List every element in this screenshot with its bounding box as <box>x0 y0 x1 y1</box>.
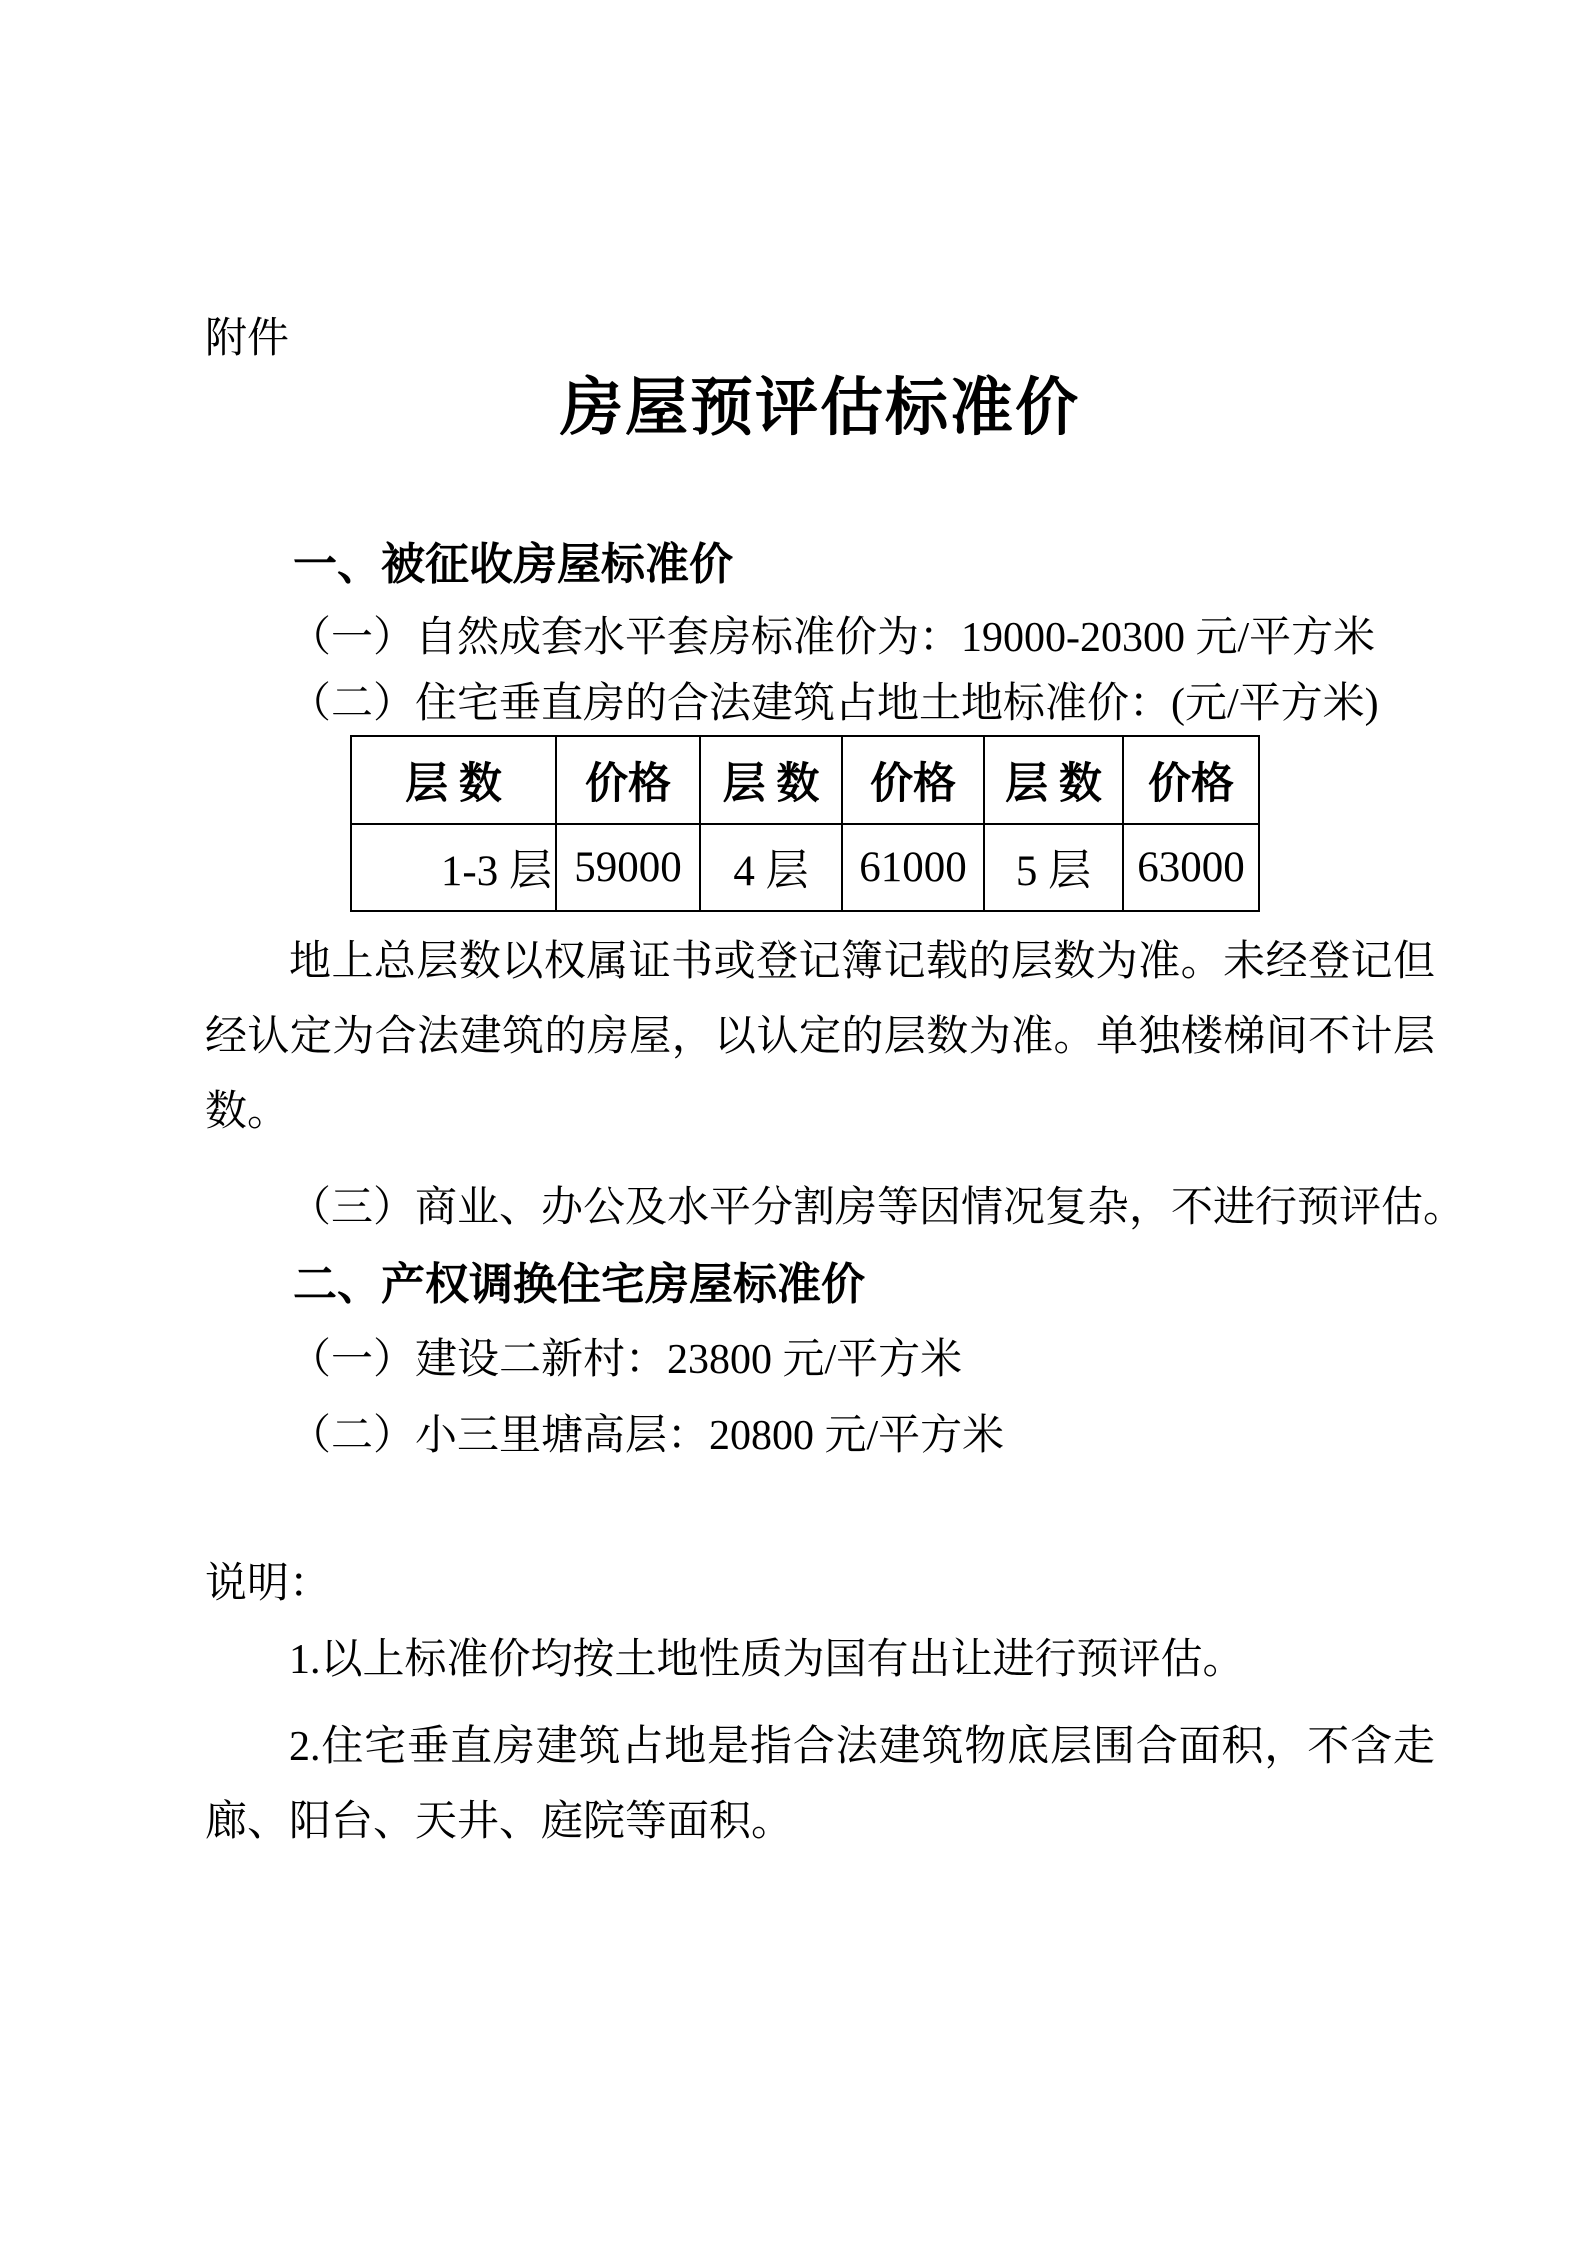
price-table: 层 数 价格 层 数 价格 层 数 价格 1-3 层 59000 4 层 610… <box>350 735 1260 912</box>
table-header-floors-1: 层 数 <box>351 736 556 824</box>
notes-label: 说明： <box>205 1558 1435 1610</box>
table-header-floors-3: 层 数 <box>984 736 1123 824</box>
section-1-item-1: （一）自然成套水平套房标准价为：19000-20300 元/平方米 <box>205 612 1435 664</box>
table-cell-price-3: 63000 <box>1123 824 1259 911</box>
table-header-floors-2: 层 数 <box>700 736 842 824</box>
floors-determination-paragraph: 地上总层数以权属证书或登记簿记载的层数为准。未经登记但经认定为合法建筑的房屋，以… <box>205 925 1435 1150</box>
section-1-item-2: （二）住宅垂直房的合法建筑占地土地标准价：(元/平方米) <box>205 678 1435 730</box>
note-item-2: 2.住宅垂直房建筑占地是指合法建筑物底层围合面积，不含走廊、阳台、天井、庭院等面… <box>205 1710 1435 1860</box>
page-title: 房屋预评估标准价 <box>205 368 1435 448</box>
section-2-heading: 二、产权调换住宅房屋标准价 <box>205 1258 1435 1312</box>
price-table-header-row: 层 数 价格 层 数 价格 层 数 价格 <box>351 736 1259 824</box>
section-2-item-2: （二）小三里塘高层：20800 元/平方米 <box>205 1410 1435 1462</box>
table-header-price-1: 价格 <box>556 736 700 824</box>
table-cell-floors-2: 4 层 <box>700 824 842 911</box>
note-item-1: 1.以上标准价均按土地性质为国有出让进行预评估。 <box>205 1634 1435 1686</box>
section-2-item-1: （一）建设二新村：23800 元/平方米 <box>205 1334 1435 1386</box>
table-cell-price-1: 59000 <box>556 824 700 911</box>
document-page: 附件 房屋预评估标准价 一、被征收房屋标准价 （一）自然成套水平套房标准价为：1… <box>0 0 1587 2244</box>
table-header-price-2: 价格 <box>842 736 984 824</box>
section-1-item-3: （三）商业、办公及水平分割房等因情况复杂，不进行预评估。 <box>205 1182 1435 1234</box>
table-cell-floors-1: 1-3 层 <box>351 824 556 911</box>
attachment-label: 附件 <box>205 312 1435 364</box>
section-1-heading: 一、被征收房屋标准价 <box>205 538 1435 592</box>
table-cell-floors-3: 5 层 <box>984 824 1123 911</box>
table-cell-price-2: 61000 <box>842 824 984 911</box>
price-table-data-row: 1-3 层 59000 4 层 61000 5 层 63000 <box>351 824 1259 911</box>
table-header-price-3: 价格 <box>1123 736 1259 824</box>
